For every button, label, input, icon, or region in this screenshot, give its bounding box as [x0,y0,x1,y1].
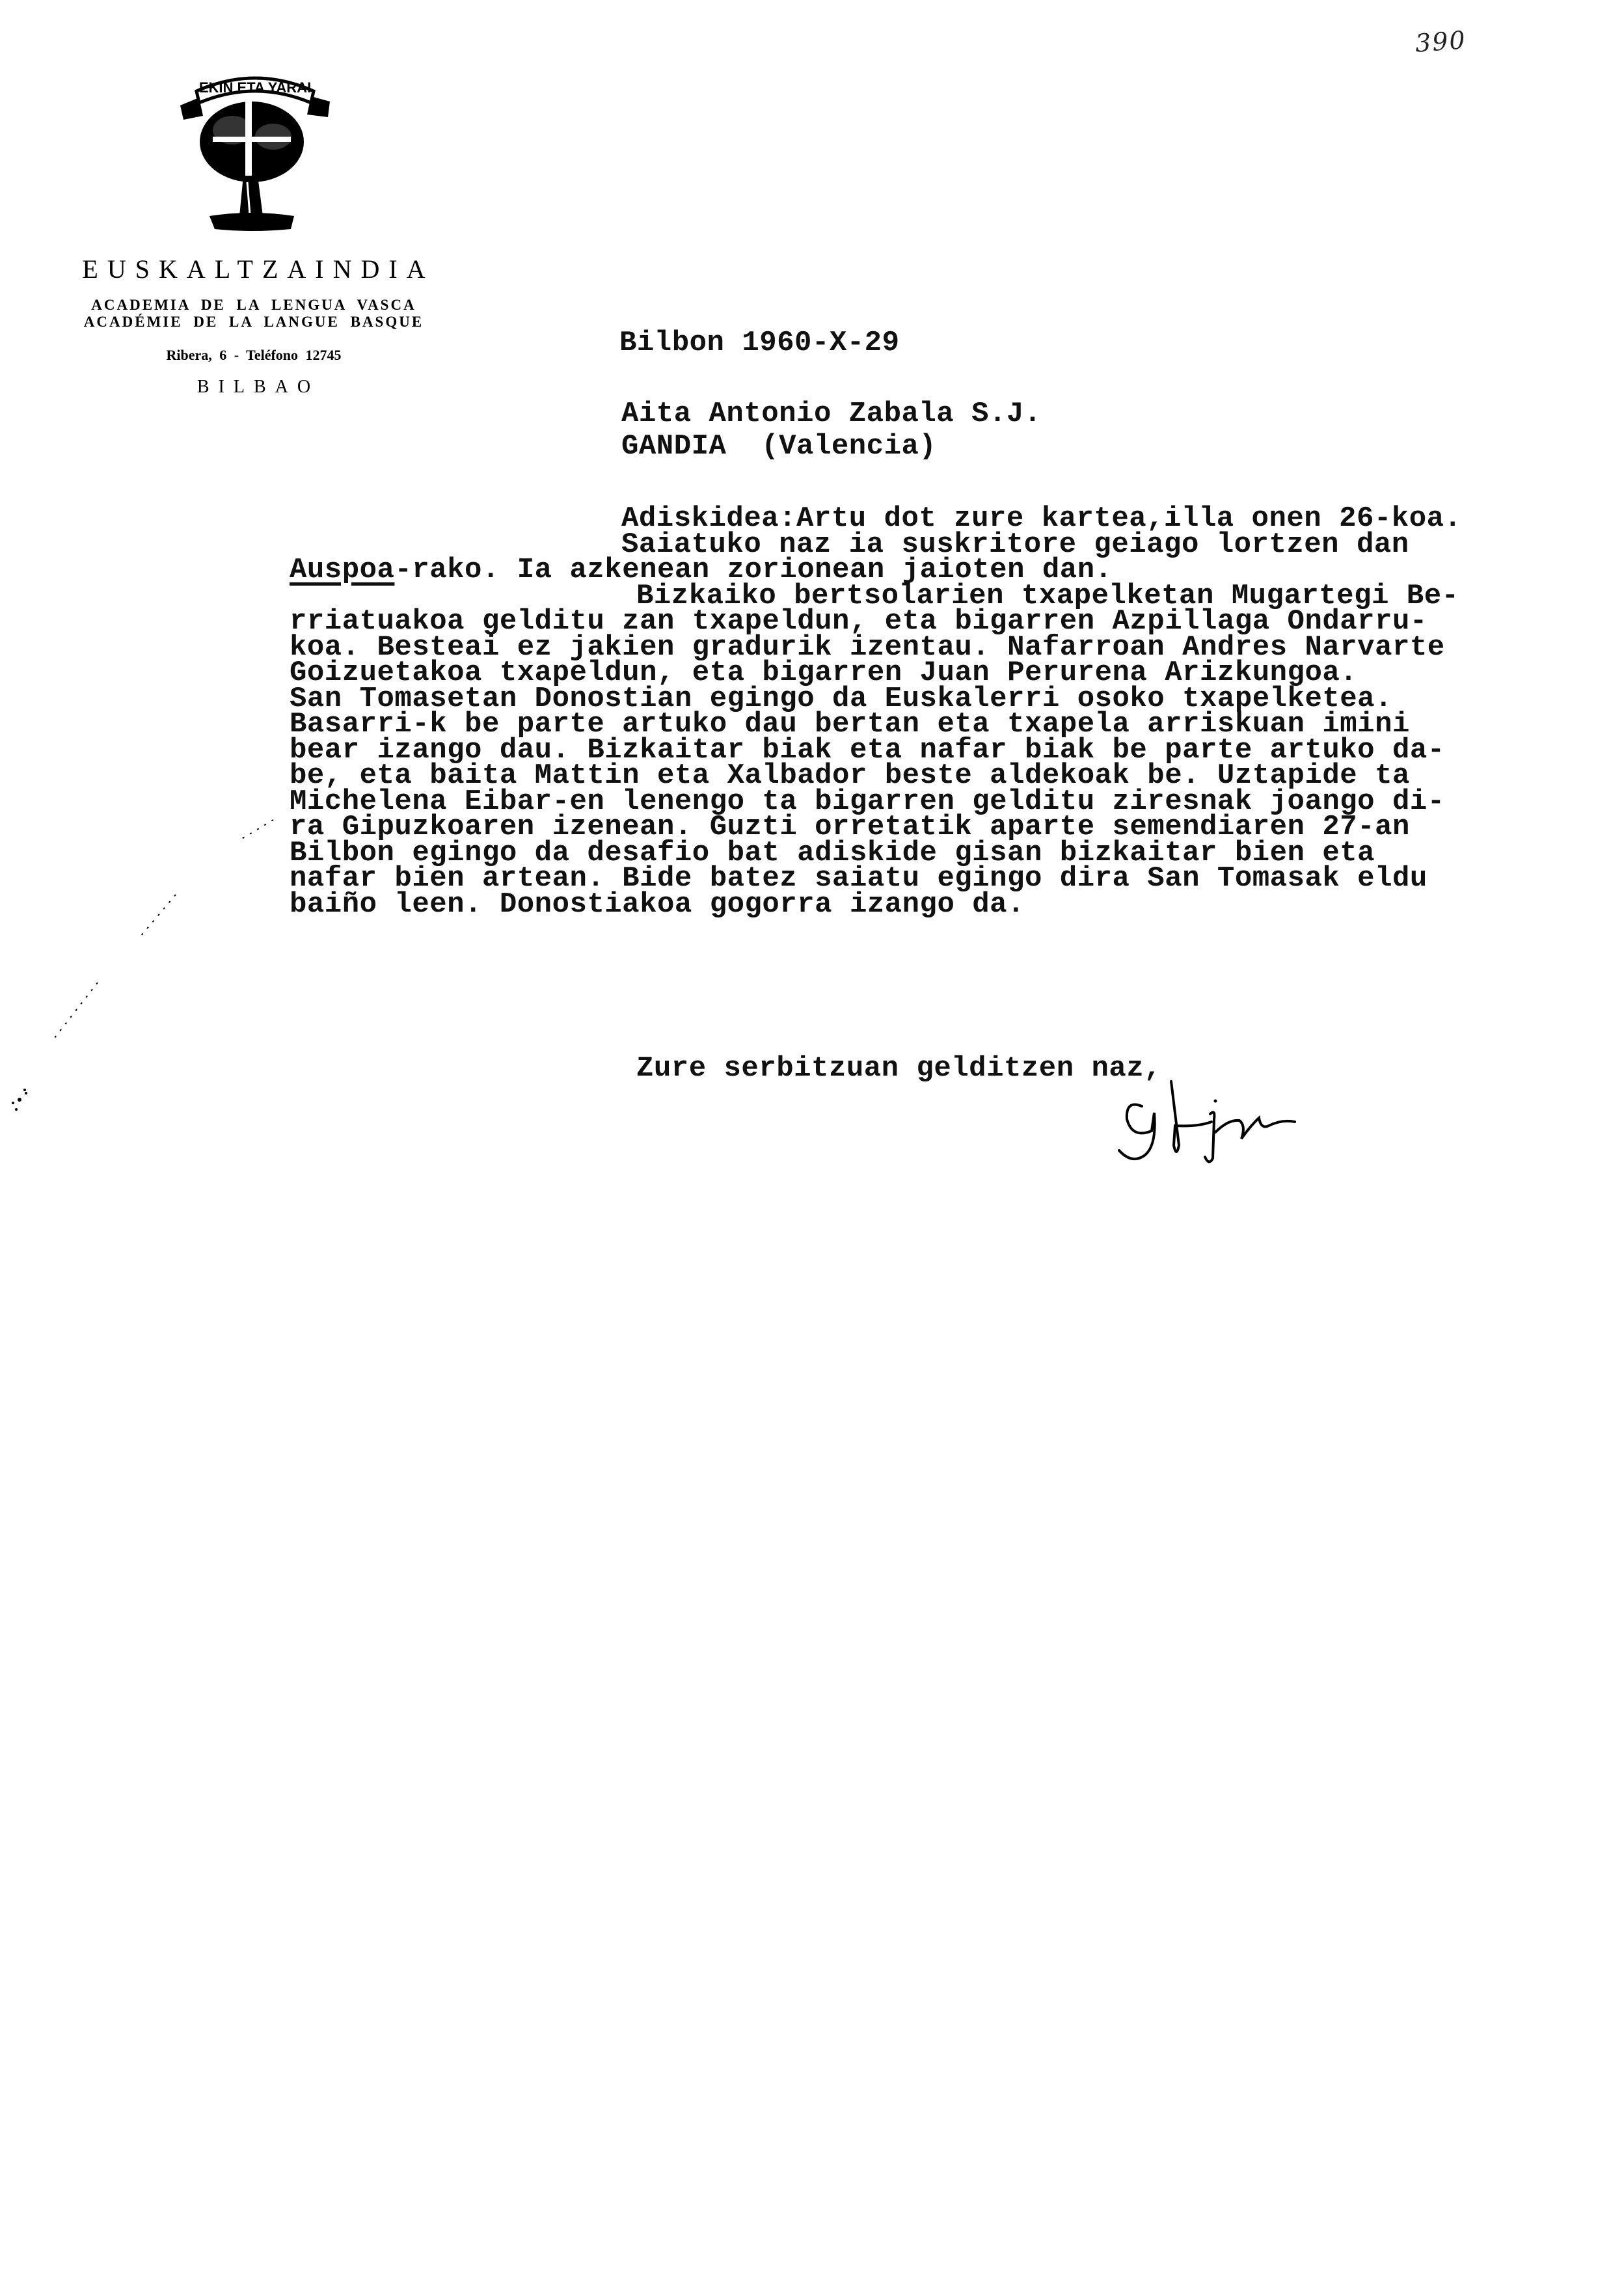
underlined-title: Auspoa [290,554,394,586]
recipient-place: GANDIA (Valencia) [621,432,936,461]
org-address: Ribera, 6 - Teléfono 12745 [52,347,455,364]
svg-text:EKIN ETA YARAI: EKIN ETA YARAI [199,79,311,96]
margin-marks [0,794,293,1217]
letter-body-line: baiño leen. Donostiakoa gogorra izango d… [290,890,1025,919]
letter-closing: Zure serbitzuan gelditzen naz, [636,1054,1161,1083]
recipient-name: Aita Antonio Zabala S.J. [621,400,1042,428]
signature-icon [1106,1074,1321,1165]
org-subtitle-fr: ACADÉMIE DE LA LANGUE BASQUE [52,314,455,331]
org-subtitle-es: ACADEMIA DE LA LENGUA VASCA [52,297,455,314]
page-number: 390 [1414,25,1467,57]
letter-date: Bilbon 1960-X-29 [619,329,899,357]
letterhead: EKIN ETA YARAI EUSKALTZAINDIA ACADEMIA D… [52,65,455,398]
org-name: EUSKALTZAINDIA [52,256,455,282]
org-city: BILBAO [52,377,455,398]
oak-tree-emblem-icon: EKIN ETA YARAI [177,65,333,234]
